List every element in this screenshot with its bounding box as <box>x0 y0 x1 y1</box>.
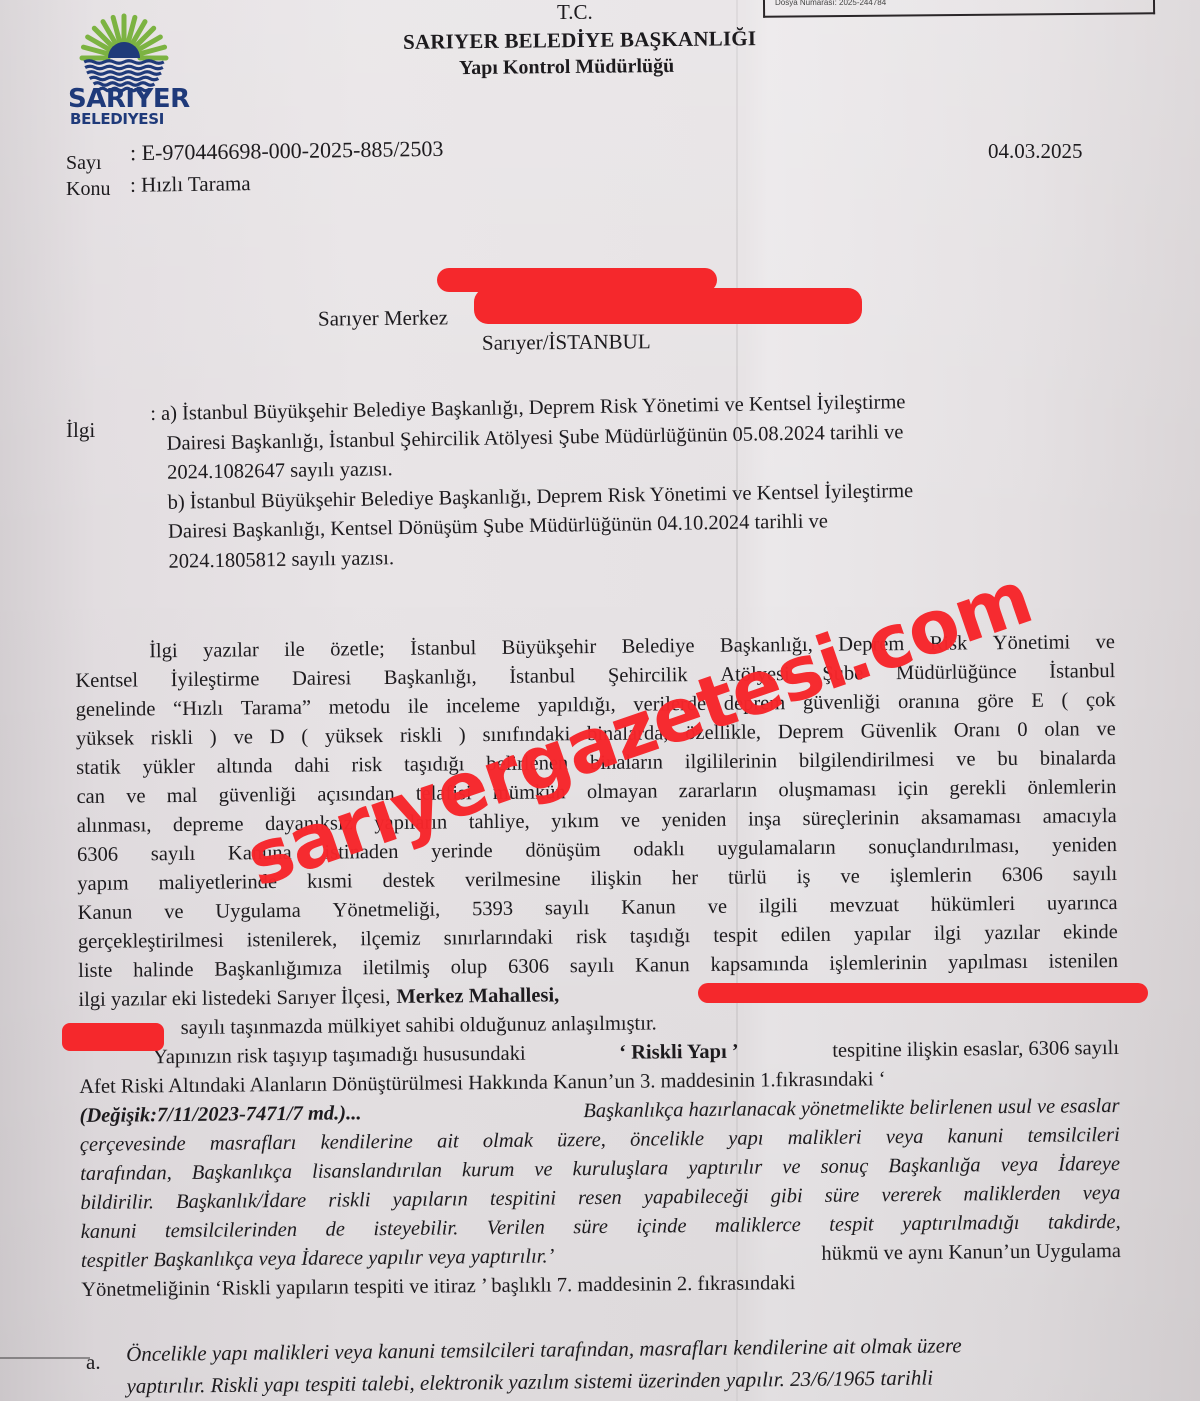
konu-label: Konu <box>66 178 110 201</box>
risky-building-term: ‘ Riskli Yapı ’ <box>619 1038 739 1068</box>
ilgi-label: İlgi <box>66 418 95 443</box>
document-date: 04.03.2025 <box>988 139 1083 164</box>
paper-crease <box>0 1357 90 1359</box>
neighborhood: Merkez Mahallesi, <box>396 981 559 1012</box>
file-number-text: Dosya Numarası: 2025-244784 <box>775 0 886 7</box>
organization-name: SARIYER BELEDİYE BAŞKANLIĞI <box>403 26 756 55</box>
logo-subtitle: BELEDIYESI <box>70 110 164 128</box>
reference-list: : a) İstanbul Büyükşehir Belediye Başkan… <box>150 386 1073 577</box>
list-marker: a. <box>86 1350 101 1375</box>
list-item-a: Öncelikle yapı malikleri veya kanuni tem… <box>126 1329 962 1401</box>
subject: : Hızlı Tarama <box>130 171 251 198</box>
redaction-parcel <box>62 1023 164 1051</box>
redaction-address <box>474 288 862 324</box>
sayi-label: Sayı <box>66 152 102 175</box>
country-abbrev: T.C. <box>557 0 593 25</box>
document-number: : E-970446698-000-2025-885/2503 <box>130 136 444 166</box>
recipient-city: Sarıyer/İSTANBUL <box>482 329 651 355</box>
redaction-street <box>698 983 1148 1003</box>
recipient-line-1: Sarıyer Merkez <box>318 305 448 331</box>
department-name: Yapı Kontrol Müdürlüğü <box>459 55 674 80</box>
